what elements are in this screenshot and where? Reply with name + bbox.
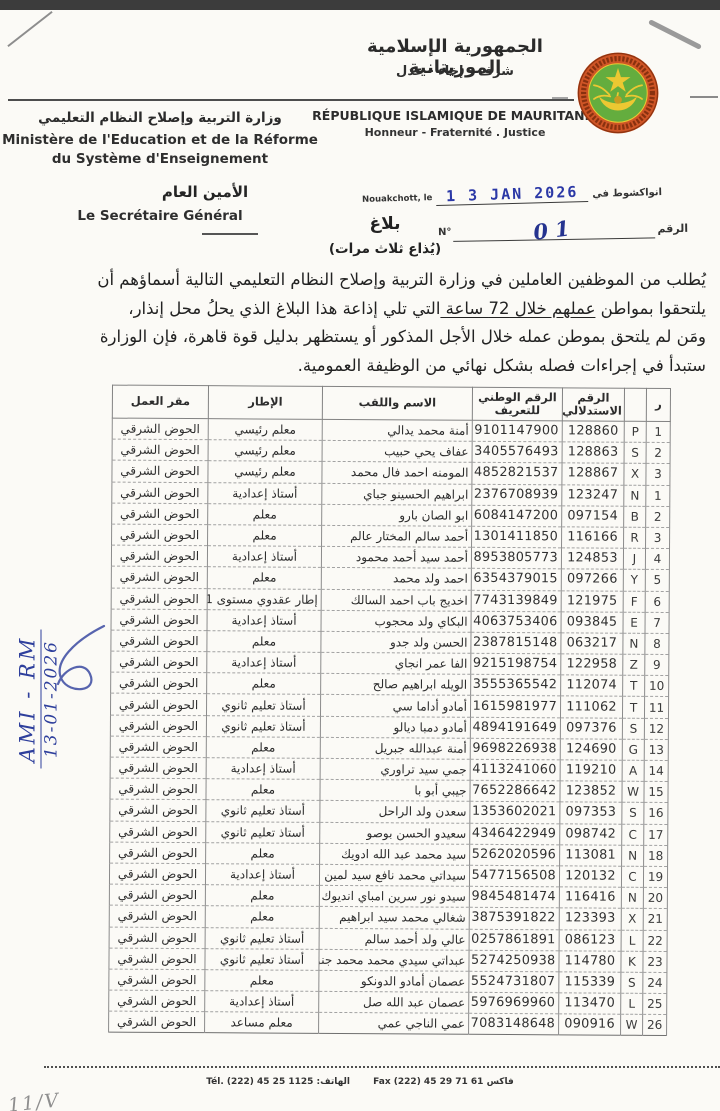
cell-no: 3: [646, 527, 670, 548]
cell-loc: الحوض الشرقي: [111, 609, 207, 631]
cell-no: 16: [644, 803, 668, 824]
cell-cadre: أستاذ إعدادية: [207, 652, 321, 674]
cell-ref: 114780: [559, 951, 621, 973]
cell-no: 12: [644, 718, 668, 739]
cell-nid: 1301411850: [472, 526, 562, 548]
cell-loc: الحوض الشرقي: [109, 905, 205, 927]
cell-name: سعدن ولد الراحل: [320, 801, 470, 823]
cell-cadre: معلم: [207, 567, 321, 589]
scan-edge-band: [0, 0, 720, 10]
header-no: ر: [646, 388, 670, 421]
cell-code: X: [624, 464, 646, 485]
cell-no: 9: [645, 654, 669, 675]
cell-nid: 2376708939: [472, 484, 562, 506]
cell-nid: 4113241060: [470, 759, 560, 781]
cell-name: ابو الصان بارو: [322, 504, 472, 526]
ministry-name-french-line2: du Système d'Enseignement: [0, 151, 320, 167]
cell-loc: الحوض الشرقي: [109, 969, 205, 991]
cell-no: 3: [646, 464, 670, 485]
header-name: الاسم واللقب: [322, 386, 472, 420]
cell-name: سيداتي محمد نافع سيد لمين: [319, 864, 469, 886]
cell-loc: الحوض الشرقي: [110, 778, 206, 800]
announcement-paragraph: يُطلب من الموظفين العاملين في وزارة التر…: [58, 266, 706, 380]
cell-no: 22: [643, 930, 667, 951]
cell-code: P: [624, 421, 646, 442]
cell-no: 25: [643, 993, 667, 1014]
cell-no: 1: [646, 421, 670, 442]
cell-code: W: [621, 1014, 643, 1035]
cell-loc: الحوض الشرقي: [109, 927, 205, 949]
cell-nid: 4852821537: [472, 463, 562, 485]
office-french: Le Secrétaire Général: [0, 208, 320, 224]
cell-name: جمي سيد تراوري: [320, 758, 470, 780]
cell-no: 18: [644, 845, 668, 866]
cell-ref: 098742: [560, 823, 622, 845]
date-stamp: 1 3 JAN 2026: [446, 183, 579, 206]
employee-table: ر الرقم الاستدلالي الرقم الوطني للتعريف …: [108, 385, 671, 1037]
header-national-id: الرقم الوطني للتعريف: [472, 387, 562, 421]
paragraph-line: يُطلب من الموظفين العاملين في وزارة التر…: [58, 266, 706, 295]
cell-name: عصمان عبد الله صل: [319, 991, 469, 1013]
cell-cadre: أستاذ تعليم ثانوي: [205, 948, 319, 970]
cell-no: 10: [645, 676, 669, 697]
cell-nid: 4894191649: [470, 717, 560, 739]
mauritania-seal-icon: [575, 50, 661, 136]
cell-code: S: [622, 718, 644, 739]
cell-ref: 123247: [562, 484, 624, 506]
cell-cadre: أستاذ إعدادية: [208, 482, 322, 504]
cell-ref: 120132: [559, 866, 621, 888]
cell-no: 19: [643, 866, 667, 887]
cell-cadre: معلم: [206, 779, 320, 801]
cell-cadre: أستاذ إعدادية: [206, 758, 320, 780]
cell-code: B: [624, 506, 646, 527]
cell-ref: 097154: [562, 506, 624, 528]
cell-code: S: [622, 803, 644, 824]
cell-ref: 097353: [560, 802, 622, 824]
cell-cadre: أستاذ تعليم ثانوي: [206, 694, 320, 716]
paragraph-segment: التي تلي إذاعة هذا البلاغ الذي يحلُ محل …: [128, 299, 440, 318]
cell-nid: 4063753406: [471, 611, 561, 633]
cell-nid: 5477156508: [469, 865, 559, 887]
cell-name: أمنة عبدالله جبريل: [320, 737, 470, 759]
cell-nid: 3555365542: [471, 675, 561, 697]
cell-no: 24: [643, 972, 667, 993]
cell-ref: 128867: [562, 463, 624, 485]
cell-ref: 113081: [560, 845, 622, 867]
cell-cadre: أستاذ تعليم ثانوي: [206, 821, 320, 843]
cell-cadre: معلم مساعد: [205, 1012, 319, 1034]
cell-cadre: أستاذ تعليم ثانوي: [206, 715, 320, 737]
document-number-handwritten: 01: [532, 215, 578, 245]
cell-code: E: [623, 612, 645, 633]
cell-ref: 093845: [561, 612, 623, 634]
cell-no: 23: [643, 951, 667, 972]
cell-no: 26: [643, 1015, 667, 1036]
cell-no: 21: [643, 909, 667, 930]
cell-code: C: [622, 824, 644, 845]
cell-no: 15: [644, 782, 668, 803]
cell-code: F: [623, 591, 645, 612]
cell-name: الحسن ولد جدو: [321, 631, 471, 653]
footer-contact: Tél. (222) 45 25 1125 :الهاتف Fax (222) …: [120, 1077, 600, 1087]
cell-nid: 9101147900: [472, 420, 562, 442]
cell-no: 14: [644, 760, 668, 781]
cell-loc: الحوض الشرقي: [110, 842, 206, 864]
cell-ref: 123393: [559, 908, 621, 930]
cell-code: Y: [623, 570, 645, 591]
cell-cadre: أستاذ إعدادية: [207, 609, 321, 631]
cell-name: أمنة محمد يدالي: [322, 419, 472, 441]
cell-code: N: [622, 845, 644, 866]
cell-ref: 124690: [560, 739, 622, 761]
scan-stroke: [648, 19, 702, 50]
cell-loc: الحوض الشرقي: [109, 1011, 205, 1033]
cell-nid: 7652286642: [470, 780, 560, 802]
cell-code: N: [623, 633, 645, 654]
cell-nid: 1353602021: [470, 802, 560, 824]
cell-name: اخديج باب احمد السالك: [321, 589, 471, 611]
cell-name: سعيدو الحسن بوصو: [320, 822, 470, 844]
cell-nid: 7743139849: [471, 590, 561, 612]
cell-nid: 5262020596: [470, 844, 560, 866]
cell-loc: الحوض الشرقي: [111, 672, 207, 694]
cell-nid: 3405576493: [472, 441, 562, 463]
cell-cadre: أستاذ تعليم ثانوي: [206, 800, 320, 822]
cell-code: G: [622, 739, 644, 760]
cell-name: عفاف يحي حبيب: [322, 441, 472, 463]
scan-corner-line: [7, 11, 52, 47]
ink-flourish: [46, 622, 112, 712]
cell-no: 8: [645, 633, 669, 654]
cell-cadre: أستاذ إعدادية: [205, 991, 319, 1013]
date-underline: 1 3 JAN 2026: [436, 182, 588, 206]
cell-loc: الحوض الشرقي: [111, 630, 207, 652]
cell-cadre: معلم: [208, 503, 322, 525]
cell-code: L: [621, 930, 643, 951]
header-code: [624, 388, 646, 421]
motto-arabic: شرف - إخاء - عدل: [320, 64, 590, 79]
cell-ref: 097266: [561, 569, 623, 591]
cell-code: R: [624, 527, 646, 548]
paragraph-line: ستبدأ في إجراءات فصله بشكل نهائي من الوظ…: [58, 352, 706, 381]
cell-cadre: معلم رئيسي: [208, 419, 322, 441]
cell-ref: 121975: [561, 590, 623, 612]
cell-no: 20: [643, 887, 667, 908]
cell-loc: الحوض الشرقي: [110, 821, 206, 843]
scanned-document-page: الجمهورية الإسلامية الموريتانية شرف - إخ…: [0, 0, 720, 1111]
date-line: Nouakchott, le 1 3 JAN 2026 انواكشوط في: [362, 180, 662, 208]
cell-code: W: [622, 781, 644, 802]
cell-loc: الحوض الشرقي: [111, 588, 207, 610]
number-line: N° 01 الرقم: [438, 212, 688, 242]
cell-loc: الحوض الشرقي: [110, 715, 206, 737]
cell-nid: 9698226938: [470, 738, 560, 760]
cell-ref: 063217: [561, 633, 623, 655]
cell-code: C: [621, 866, 643, 887]
cell-loc: الحوض الشرقي: [110, 799, 206, 821]
cell-loc: الحوض الشرقي: [112, 460, 208, 482]
cell-name: الويله ابراهيم صالح: [321, 674, 471, 696]
cell-ref: 097376: [560, 717, 622, 739]
cell-nid: 4346422949: [470, 823, 560, 845]
paragraph-segment-underlined: عملهم خلال 72 ساعة: [440, 299, 595, 318]
cell-loc: الحوض الشرقي: [112, 503, 208, 525]
cell-code: L: [621, 993, 643, 1014]
cell-cadre: أستاذ إعدادية: [207, 546, 321, 568]
cell-ref: 086123: [559, 929, 621, 951]
cell-cadre: معلم: [207, 631, 321, 653]
employee-table-body: 1P1288609101147900أمنة محمد يداليمعلم رئ…: [109, 418, 671, 1036]
cell-ref: 111062: [560, 696, 622, 718]
cell-ref: 124853: [561, 548, 623, 570]
cell-ref: 119210: [560, 760, 622, 782]
corner-handwritten-mark: 11/V: [7, 1089, 61, 1111]
cell-name: أمادو دمبا ديالو: [320, 716, 470, 738]
cell-name: البكاي ولد محجوب: [321, 610, 471, 632]
cell-cadre: معلم: [206, 736, 320, 758]
cell-no: 5: [645, 570, 669, 591]
number-label-arabic: الرقم: [657, 222, 688, 239]
cell-name: الفا عمر انجاي: [321, 652, 471, 674]
cell-no: 11: [644, 697, 668, 718]
cell-loc: الحوض الشرقي: [110, 736, 206, 758]
cell-name: عمي الناجي عمي: [319, 1013, 469, 1035]
cell-nid: 8953805773: [471, 547, 561, 569]
cell-loc: الحوض الشرقي: [112, 439, 208, 461]
header-workplace: مقر العمل: [112, 385, 208, 419]
cell-cadre: أستاذ إعدادية: [205, 864, 319, 886]
cell-loc: الحوض الشرقي: [112, 418, 208, 440]
cell-ref: 123852: [560, 781, 622, 803]
cell-ref: 112074: [561, 675, 623, 697]
cell-cadre: معلم رئيسي: [208, 440, 322, 462]
cell-code: T: [622, 697, 644, 718]
office-underline: [202, 233, 258, 235]
cell-cadre: معلم رئيسي: [208, 461, 322, 483]
cell-loc: الحوض الشرقي: [109, 990, 205, 1012]
cell-nid: 2387815148: [471, 632, 561, 654]
cell-ref: 090916: [559, 1014, 621, 1036]
cell-loc: الحوض الشرقي: [111, 545, 207, 567]
cell-loc: الحوض الشرقي: [111, 651, 207, 673]
place-label-french: Nouakchott, le: [362, 193, 433, 208]
cell-ref: 128863: [562, 442, 624, 464]
cell-ref: 113470: [559, 993, 621, 1015]
cell-name: أحمد سالم المختار عالم: [322, 525, 472, 547]
cell-name: عالي ولد أحمد سالم: [319, 928, 469, 950]
cell-nid: 6084147200: [472, 505, 562, 527]
cell-nid: 5976969960: [469, 992, 559, 1014]
cell-name: عصمان أمادو الدونكو: [319, 970, 469, 992]
cell-nid: 7083148648: [469, 1014, 559, 1036]
cell-code: A: [622, 760, 644, 781]
cell-cadre: معلم: [205, 970, 319, 992]
cell-name: احمد ولد محمد: [321, 568, 471, 590]
paragraph-line: يلتحقوا بمواطن عملهم خلال 72 ساعة التي ت…: [58, 295, 706, 324]
cell-name: ابراهيم الحسينو جباي: [322, 483, 472, 505]
paragraph-segment: يلتحقوا بمواطن: [595, 299, 706, 318]
cell-nid: 9845481474: [469, 886, 559, 908]
cell-no: 2: [646, 443, 670, 464]
cell-cadre: أستاذ تعليم ثانوي: [205, 927, 319, 949]
cell-nid: 0257861891: [469, 929, 559, 951]
cell-cadre: معلم: [208, 525, 322, 547]
cell-loc: الحوض الشرقي: [109, 948, 205, 970]
cell-ref: 128860: [562, 421, 624, 443]
number-underline: 01: [453, 212, 655, 242]
place-label-arabic: انواكشوط في: [592, 187, 662, 202]
cell-ref: 122958: [561, 654, 623, 676]
cell-nid: 9215198754: [471, 653, 561, 675]
cell-no: 2: [646, 506, 670, 527]
cell-no: 13: [644, 739, 668, 760]
ministry-name-french-line1: Ministère de l'Education et de la Réform…: [0, 132, 320, 148]
cell-nid: 5274250938: [469, 950, 559, 972]
cell-no: 17: [644, 824, 668, 845]
footer-fax: Fax (222) 45 29 71 61 فاكس: [373, 1077, 514, 1087]
cell-name: أمادو أداما سي: [320, 695, 470, 717]
cell-nid: 1615981977: [470, 696, 560, 718]
cell-nid: 5524731807: [469, 971, 559, 993]
cell-loc: الحوض الشرقي: [112, 482, 208, 504]
cell-loc: الحوض الشرقي: [109, 884, 205, 906]
cell-nid: 3875391822: [469, 908, 559, 930]
cell-no: 1: [646, 485, 670, 506]
cell-code: K: [621, 951, 643, 972]
cell-loc: الحوض الشرقي: [111, 566, 207, 588]
number-label-french: N°: [438, 227, 452, 242]
document-subtitle: (يُذاع ثلاث مرات): [290, 241, 480, 257]
cell-cadre: معلم: [206, 842, 320, 864]
margin-note-reference: AMI - RM: [16, 630, 42, 769]
footer-divider: [44, 1066, 720, 1068]
cell-no: 7: [645, 612, 669, 633]
cell-code: Z: [623, 654, 645, 675]
cell-cadre: معلم: [207, 673, 321, 695]
cell-ref: 116416: [559, 887, 621, 909]
cell-name: جيبي أبو با: [320, 780, 470, 802]
office-arabic: الأمين العام: [60, 183, 350, 201]
table-header-row: ر الرقم الاستدلالي الرقم الوطني للتعريف …: [112, 385, 670, 421]
cell-code: N: [621, 887, 643, 908]
ministry-name-arabic: وزارة التربية وإصلاح النظام التعليمي: [10, 110, 310, 126]
cell-ref: 115339: [559, 972, 621, 994]
cell-no: 6: [645, 591, 669, 612]
footer-tel: Tél. (222) 45 25 1125 :الهاتف: [206, 1077, 350, 1087]
header-divider: [8, 99, 574, 101]
header-ref-number: الرقم الاستدلالي: [562, 388, 624, 421]
cell-cadre: إطار عقدوي مستوى 1: [207, 588, 321, 610]
cell-nid: 6354379015: [471, 569, 561, 591]
cell-name: سيد محمد عبد الله ادويك: [320, 843, 470, 865]
cell-no: 4: [645, 548, 669, 569]
cell-code: T: [623, 675, 645, 696]
cell-code: J: [623, 548, 645, 569]
cell-name: عبداتي سيدي محمد محمد جنو: [319, 949, 469, 971]
scan-dash: [690, 96, 718, 98]
table-row: 26W0909167083148648عمي الناجي عميمعلم مس…: [109, 1011, 667, 1036]
cell-loc: الحوض الشرقي: [109, 863, 205, 885]
cell-code: N: [624, 485, 646, 506]
cell-ref: 116166: [562, 527, 624, 549]
cell-cadre: معلم: [205, 906, 319, 928]
cell-name: شغالي محمد سيد ابراهيم: [319, 907, 469, 929]
header-cadre: الإطار: [208, 386, 322, 420]
cell-loc: الحوض الشرقي: [110, 757, 206, 779]
employee-table-wrap: ر الرقم الاستدلالي الرقم الوطني للتعريف …: [108, 385, 670, 1037]
cell-code: S: [621, 972, 643, 993]
document-title: بلاغ: [330, 214, 440, 234]
cell-loc: الحوض الشرقي: [110, 694, 206, 716]
paragraph-line: ومَن لم يلتحق بموطن عمله خلال الأجل المذ…: [58, 323, 706, 352]
cell-name: المومنه احمد فال محمد: [322, 462, 472, 484]
cell-code: X: [621, 909, 643, 930]
cell-loc: الحوض الشرقي: [112, 524, 208, 546]
cell-name: سيدو نور سرين امباي انديوك: [319, 885, 469, 907]
cell-cadre: معلم: [205, 885, 319, 907]
cell-name: أحمد سيد أحمد محمود: [321, 546, 471, 568]
cell-code: S: [624, 442, 646, 463]
